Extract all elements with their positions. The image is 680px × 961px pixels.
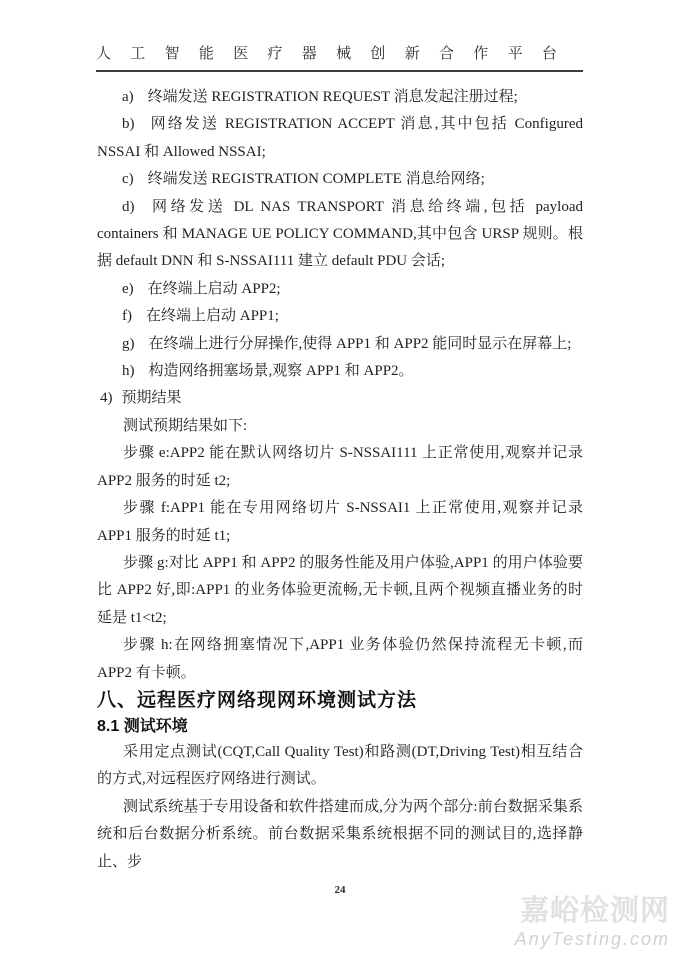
paragraph-step-f: 步骤 f:APP1 能在专用网络切片 S-NSSAI1 上正常使用,观察并记录 …	[97, 495, 583, 550]
list-item-text: 网络发送 REGISTRATION ACCEPT 消息,其中包括 Configu…	[97, 116, 583, 159]
page-header: 人工智能医疗器械创新合作平台	[96, 42, 583, 72]
list-item-text: 构造网络拥塞场景,观察 APP1 和 APP2。	[149, 363, 414, 379]
paragraph-step-g: 步骤 g:对比 APP1 和 APP2 的服务性能及用户体验,APP1 的用户体…	[97, 550, 583, 632]
list-item-e: e)在终端上启动 APP2;	[97, 276, 583, 303]
list-marker: f)	[122, 308, 132, 324]
paragraph-test-system: 测试系统基于专用设备和软件搭建而成,分为两个部分:前台数据采集系统和后台数据分析…	[97, 794, 583, 876]
list-item-text: 网络发送 DL NAS TRANSPORT 消息给终端,包括 payload c…	[97, 199, 583, 270]
paragraph-test-method: 采用定点测试(CQT,Call Quality Test)和路测(DT,Driv…	[97, 739, 583, 794]
list-item-c: c)终端发送 REGISTRATION COMPLETE 消息给网络;	[97, 166, 583, 193]
list-item-b: b)网络发送 REGISTRATION ACCEPT 消息,其中包括 Confi…	[97, 111, 583, 166]
paragraph-expected-intro: 测试预期结果如下:	[97, 413, 583, 440]
list-item-a: a)终端发送 REGISTRATION REQUEST 消息发起注册过程;	[97, 84, 583, 111]
list-item-g: g)在终端上进行分屏操作,使得 APP1 和 APP2 能同时显示在屏幕上;	[97, 331, 583, 358]
list-item-text: 在终端上进行分屏操作,使得 APP1 和 APP2 能同时显示在屏幕上;	[149, 336, 572, 352]
list-marker: g)	[122, 336, 135, 352]
section-heading: 八、远程医疗网络现网环境测试方法	[97, 687, 583, 715]
list-marker: b)	[122, 116, 135, 132]
document-body: a)终端发送 REGISTRATION REQUEST 消息发起注册过程; b)…	[97, 84, 583, 876]
list-item-h: h)构造网络拥塞场景,观察 APP1 和 APP2。	[97, 358, 583, 385]
list-marker: d)	[122, 199, 135, 215]
header-title: 人工智能医疗器械创新合作平台	[96, 42, 583, 63]
list-marker: h)	[122, 363, 135, 379]
list-marker: a)	[122, 89, 134, 105]
list-item-text: 终端发送 REGISTRATION REQUEST 消息发起注册过程;	[148, 89, 518, 105]
list-item-d: d)网络发送 DL NAS TRANSPORT 消息给终端,包括 payload…	[97, 194, 583, 276]
watermark: 嘉峪检测网 AnyTesting.com	[515, 895, 670, 949]
list-marker: c)	[122, 171, 134, 187]
list-item-text: 终端发送 REGISTRATION COMPLETE 消息给网络;	[148, 171, 485, 187]
list-item-text: 在终端上启动 APP1;	[146, 308, 279, 324]
watermark-site-url: AnyTesting.com	[515, 929, 670, 949]
list-item-text: 预期结果	[122, 390, 182, 406]
page-number: 24	[0, 884, 680, 896]
watermark-site-name: 嘉峪检测网	[515, 895, 670, 927]
document-page: 人工智能医疗器械创新合作平台 a)终端发送 REGISTRATION REQUE…	[0, 0, 680, 961]
list-item-text: 在终端上启动 APP2;	[148, 281, 281, 297]
subsection-heading: 8.1 测试环境	[97, 715, 583, 739]
list-marker: e)	[122, 281, 134, 297]
paragraph-step-h: 步骤 h:在网络拥塞情况下,APP1 业务体验仍然保持流程无卡顿,而 APP2 …	[97, 632, 583, 687]
list-item-4-expected-results: 4)预期结果	[97, 385, 583, 412]
list-item-f: f)在终端上启动 APP1;	[97, 303, 583, 330]
list-marker: 4)	[100, 390, 113, 406]
paragraph-step-e: 步骤 e:APP2 能在默认网络切片 S-NSSAI111 上正常使用,观察并记…	[97, 440, 583, 495]
